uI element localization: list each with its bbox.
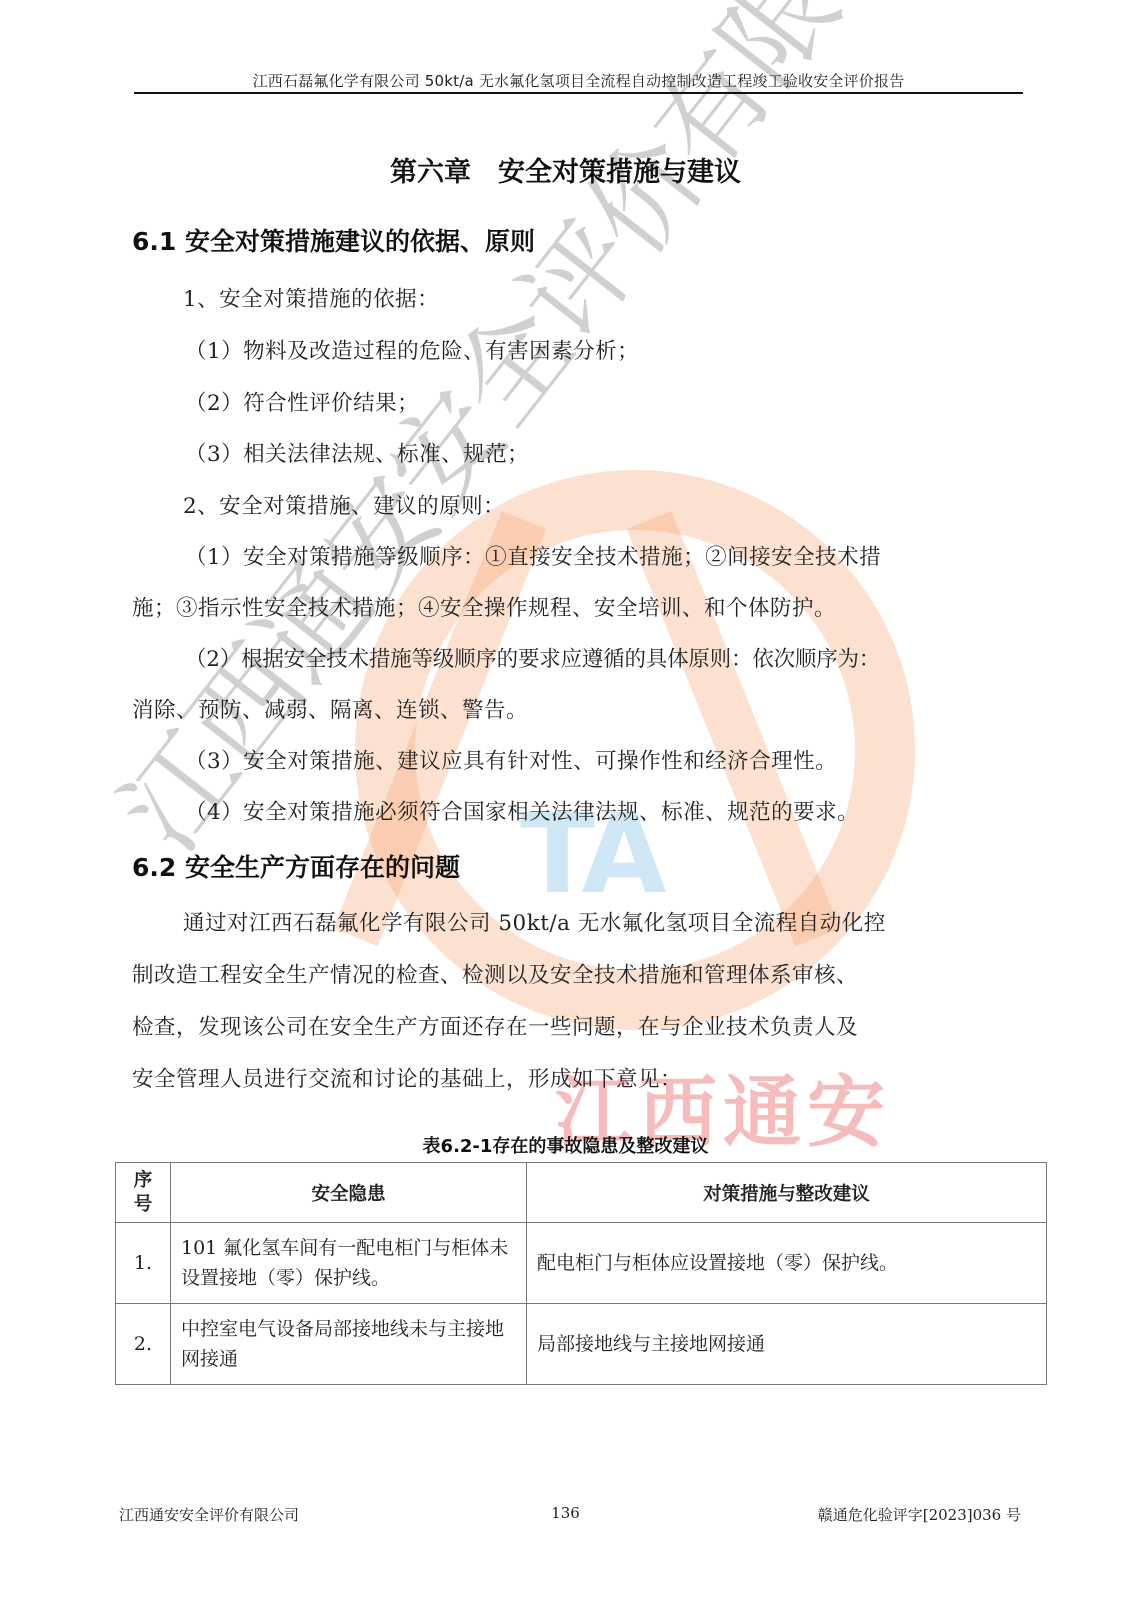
table-row: 1. 101 氟化氢车间有一配电柜门与柜体未设置接地（零）保护线。 配电柜门与柜…: [116, 1223, 1047, 1304]
row-measure: 局部接地线与主接地网接通: [527, 1304, 1047, 1385]
header-rule: [134, 92, 1023, 94]
problems-para-line-3: 检查，发现该公司在安全生产方面还存在一些问题，在与企业技术负责人及: [132, 1010, 858, 1041]
principle-1-line-1: （1）安全对策措施等级顺序：①直接安全技术措施；②间接安全技术措: [185, 540, 881, 571]
chapter-title: 第六章 安全对策措施与建议: [0, 150, 1131, 189]
basis-item-3: （3）相关法律法规、标准、规范；: [185, 437, 529, 468]
section-6-2-title: 6.2 安全生产方面存在的问题: [132, 848, 460, 884]
principle-4: （4）安全对策措施必须符合国家相关法律法规、标准、规范的要求。: [185, 795, 859, 826]
basis-item-2: （2）符合性评价结果；: [185, 386, 419, 417]
basis-heading: 1、安全对策措施的依据：: [183, 282, 439, 313]
principle-2-line-2: 消除、预防、减弱、隔离、连锁、警告。: [132, 693, 528, 724]
principles-heading: 2、安全对策措施、建议的原则：: [183, 489, 505, 520]
header-no: 序号: [116, 1163, 171, 1223]
running-header: 江西石磊氟化学有限公司 50kt/a 无水氟化氢项目全流程自动控制改造工程竣工验…: [134, 70, 1023, 91]
principle-3: （3）安全对策措施、建议应具有针对性、可操作性和经济合理性。: [185, 744, 837, 775]
section-6-1-title: 6.1 安全对策措施建议的依据、原则: [132, 222, 535, 258]
hazards-table: 序号 安全隐患 对策措施与整改建议 1. 101 氟化氢车间有一配电柜门与柜体未…: [115, 1162, 1047, 1385]
table-caption: 表6.2-1存在的事故隐患及整改建议: [0, 1132, 1131, 1158]
row-no: 1.: [116, 1223, 171, 1304]
basis-item-1: （1）物料及改造过程的危险、有害因素分析；: [185, 334, 639, 365]
problems-para-line-2: 制改造工程安全生产情况的检查、检测以及安全技术措施和管理体系审核、: [132, 958, 858, 989]
row-hazard: 中控室电气设备局部接地线未与主接地网接通: [171, 1304, 527, 1385]
row-hazard: 101 氟化氢车间有一配电柜门与柜体未设置接地（零）保护线。: [171, 1223, 527, 1304]
footer-doc-number: 赣通危化验评字[2023]036 号: [818, 1504, 1021, 1525]
principle-1-line-2: 施；③指示性安全技术措施；④安全操作规程、安全培训、和个体防护。: [132, 591, 836, 622]
table-row: 2. 中控室电气设备局部接地线未与主接地网接通 局部接地线与主接地网接通: [116, 1304, 1047, 1385]
problems-para-line-4: 安全管理人员进行交流和讨论的基础上，形成如下意见：: [132, 1062, 682, 1093]
problems-para-line-1: 通过对江西石磊氟化学有限公司 50kt/a 无水氟化氢项目全流程自动化控: [183, 906, 886, 937]
header-measure: 对策措施与整改建议: [527, 1163, 1047, 1223]
row-measure: 配电柜门与柜体应设置接地（零）保护线。: [527, 1223, 1047, 1304]
row-no: 2.: [116, 1304, 171, 1385]
principle-2-line-1: （2）根据安全技术措施等级顺序的要求应遵循的具体原则：依次顺序为：: [185, 642, 880, 673]
table-header-row: 序号 安全隐患 对策措施与整改建议: [116, 1163, 1047, 1223]
header-hazard: 安全隐患: [171, 1163, 527, 1223]
